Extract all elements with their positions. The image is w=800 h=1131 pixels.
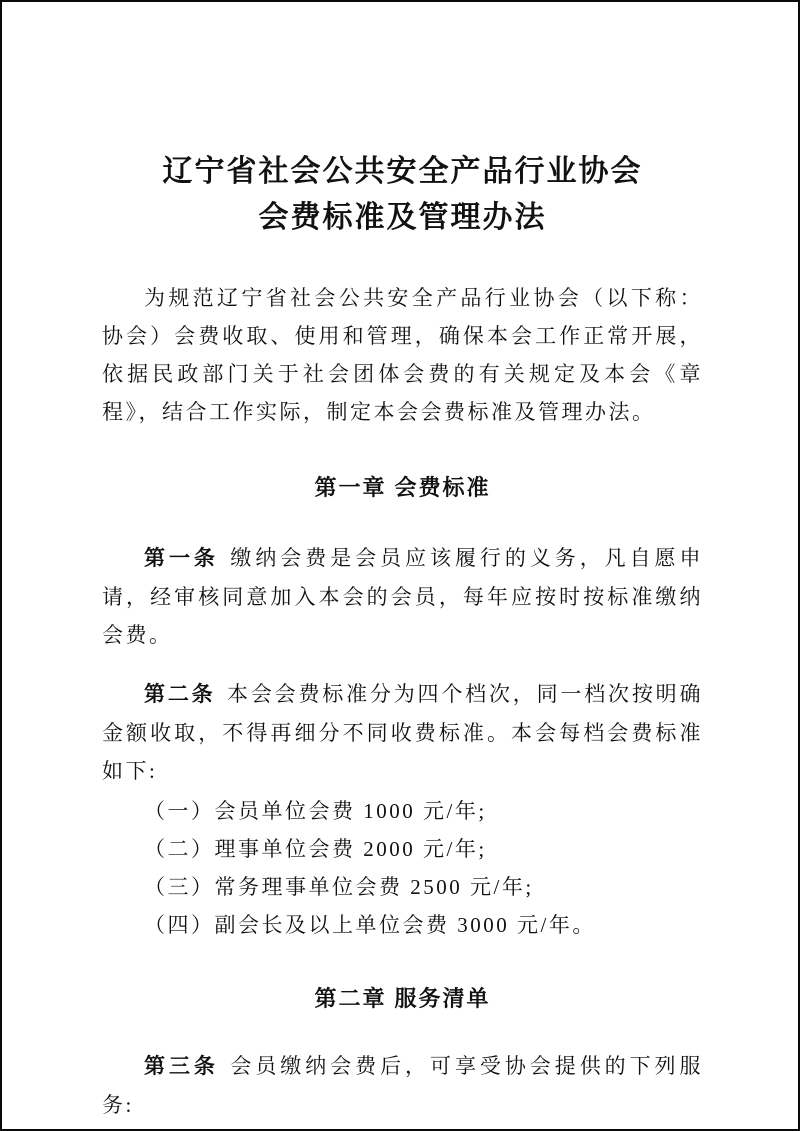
fee-tier-item-1: （一）会员单位会费 1000 元/年; (102, 792, 703, 830)
fee-tier-item-3: （三）常务理事单位会费 2500 元/年; (102, 868, 703, 906)
chapter1-heading: 第一章 会费标准 (102, 473, 703, 503)
article-2: 第二条本会会费标准分为四个档次，同一档次按明确金额收取，不得再细分不同收费标准。… (102, 675, 703, 790)
document-page: 辽宁省社会公共安全产品行业协会 会费标准及管理办法 为规范辽宁省社会公共安全产品… (0, 0, 800, 1131)
article-3: 第三条会员缴纳会费后，可享受协会提供的下列服务: (102, 1047, 703, 1124)
fee-tier-item-4: （四）副会长及以上单位会费 3000 元/年。 (102, 906, 703, 944)
article-2-label: 第二条 (144, 683, 215, 706)
intro-paragraph: 为规范辽宁省社会公共安全产品行业协会（以下称：协会）会费收取、使用和管理，确保本… (102, 279, 703, 431)
article-1-label: 第一条 (144, 547, 219, 570)
fee-tier-list: （一）会员单位会费 1000 元/年; （二）理事单位会费 2000 元/年; … (102, 792, 703, 944)
article-3-label: 第三条 (144, 1055, 219, 1078)
fee-tier-item-2: （二）理事单位会费 2000 元/年; (102, 830, 703, 868)
article-1: 第一条缴纳会费是会员应该履行的义务，凡自愿申请，经审核同意加入本会的会员，每年应… (102, 539, 703, 654)
page-content: 辽宁省社会公共安全产品行业协会 会费标准及管理办法 为规范辽宁省社会公共安全产品… (2, 2, 798, 1129)
document-title-line2: 会费标准及管理办法 (102, 195, 703, 241)
document-title: 辽宁省社会公共安全产品行业协会 会费标准及管理办法 (102, 149, 703, 241)
chapter2-heading: 第二章 服务清单 (102, 984, 703, 1014)
document-title-line1: 辽宁省社会公共安全产品行业协会 (102, 149, 703, 195)
